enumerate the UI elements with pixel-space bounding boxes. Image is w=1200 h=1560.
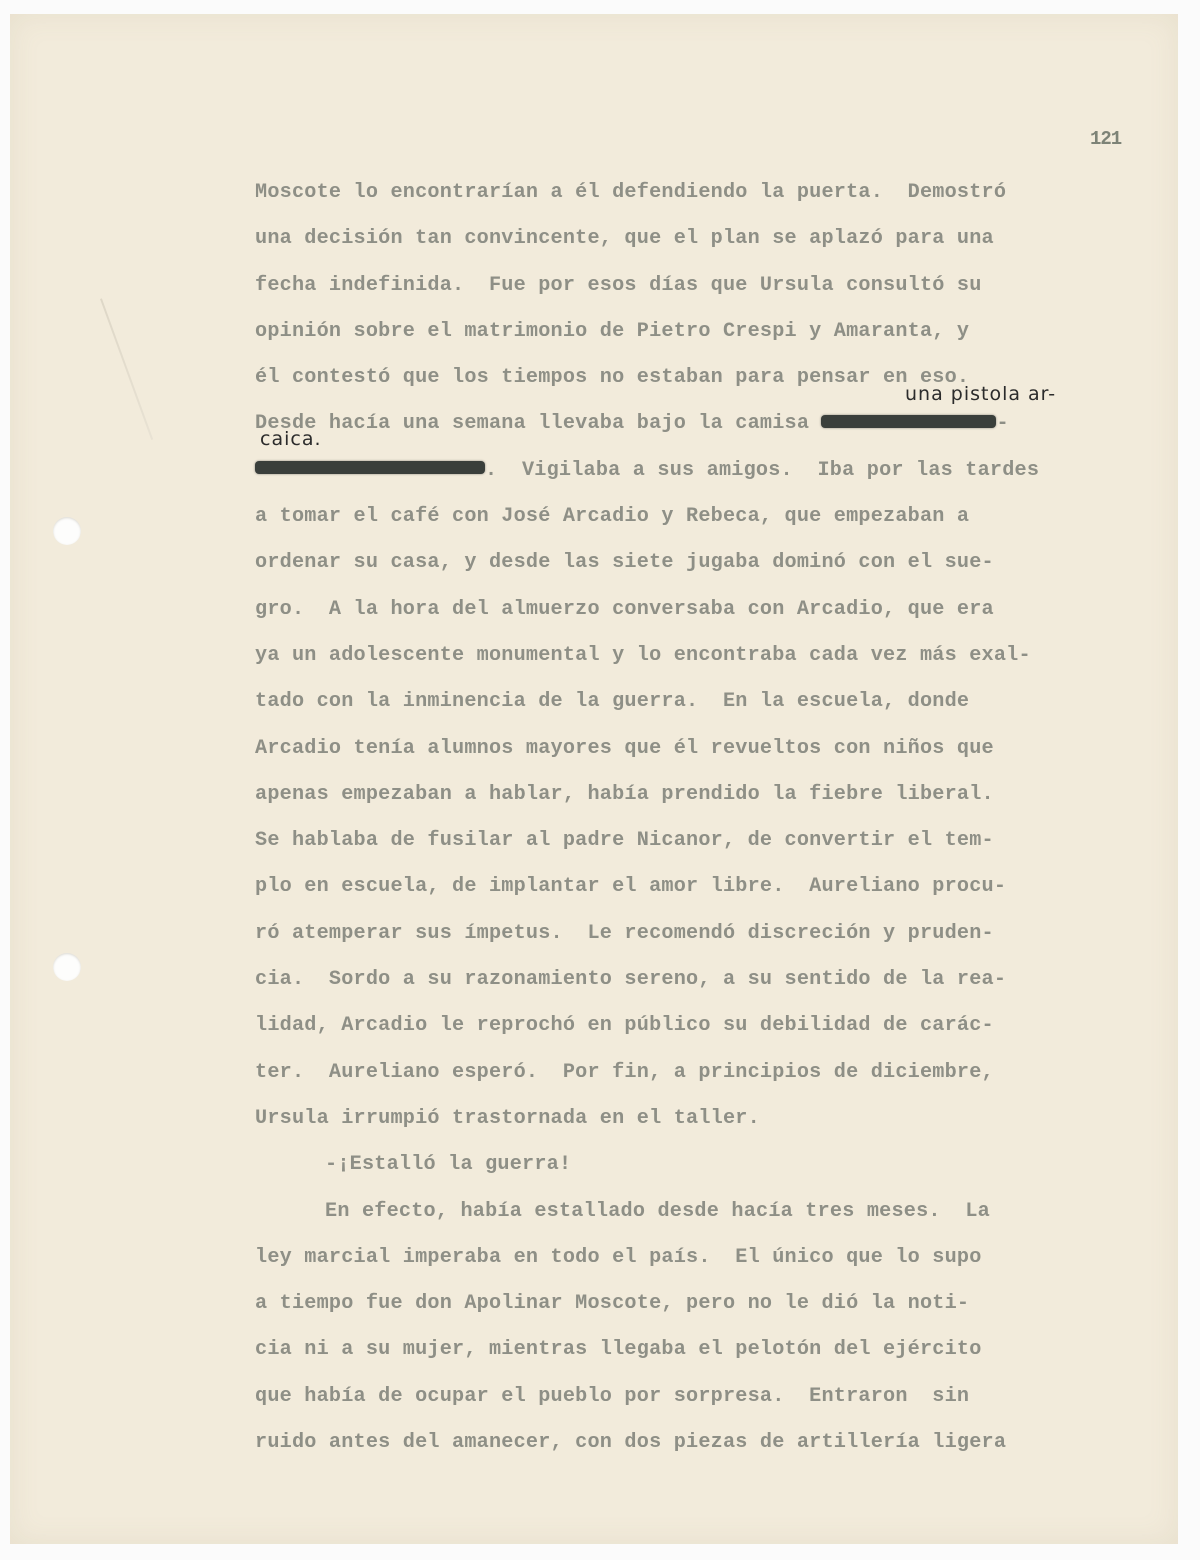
text-line: a tiempo fue don Apolinar Moscote, pero … [255, 1281, 1135, 1327]
strikeout-mark [821, 415, 996, 428]
text-line: lidad, Arcadio le reprochó en público su… [255, 1003, 1135, 1049]
text-segment: . Vigilaba a sus amigos. Iba por las tar… [485, 459, 1039, 482]
text-line: cia. Sordo a su razonamiento sereno, a s… [255, 957, 1135, 1003]
text-line: gro. A la hora del almuerzo conversaba c… [255, 587, 1135, 633]
text-line: que había de ocupar el pueblo por sorpre… [255, 1374, 1135, 1420]
punch-hole-bottom [53, 953, 81, 981]
text-line: Se hablaba de fusilar al padre Nicanor, … [255, 818, 1135, 864]
text-line: ya un adolescente monumental y lo encont… [255, 633, 1135, 679]
text-line: ter. Aureliano esperó. Por fin, a princi… [255, 1050, 1135, 1096]
text-line: opinión sobre el matrimonio de Pietro Cr… [255, 309, 1135, 355]
dialogue-line: -¡Estalló la guerra! [255, 1142, 1135, 1188]
paper-crease [100, 298, 153, 440]
text-line: tado con la inminencia de la guerra. En … [255, 679, 1135, 725]
punch-hole-top [53, 517, 81, 545]
text-line: fecha indefinida. Fue por esos días que … [255, 263, 1135, 309]
text-line: ruido antes del amanecer, con dos piezas… [255, 1420, 1135, 1466]
page-number: 121 [1090, 128, 1121, 150]
text-line-with-strikeout: Desde hacía una semana llevaba bajo la c… [255, 401, 1135, 447]
body-text: Moscote lo encontrarían a él defendiendo… [255, 170, 1135, 1466]
text-line: cia ni a su mujer, mientras llegaba el p… [255, 1327, 1135, 1373]
text-line: Ursula irrumpió trastornada en el taller… [255, 1096, 1135, 1142]
text-segment: - [996, 412, 1008, 435]
text-line: Moscote lo encontrarían a él defendiendo… [255, 170, 1135, 216]
text-line: a tomar el café con José Arcadio y Rebec… [255, 494, 1135, 540]
text-line: ró atemperar sus ímpetus. Le recomendó d… [255, 911, 1135, 957]
strikeout-mark [255, 461, 485, 474]
text-segment: Desde hacía una semana llevaba bajo la c… [255, 412, 809, 435]
text-line: una decisión tan convincente, que el pla… [255, 216, 1135, 262]
text-line: Arcadio tenía alumnos mayores que él rev… [255, 726, 1135, 772]
text-line: ley marcial imperaba en todo el país. El… [255, 1235, 1135, 1281]
text-line: ordenar su casa, y desde las siete jugab… [255, 540, 1135, 586]
text-line: plo en escuela, de implantar el amor lib… [255, 864, 1135, 910]
text-line: él contestó que los tiempos no estaban p… [255, 355, 1135, 401]
text-line: En efecto, había estallado desde hacía t… [255, 1189, 1135, 1235]
text-line-with-strikeout: . Vigilaba a sus amigos. Iba por las tar… [255, 448, 1135, 494]
text-line: apenas empezaban a hablar, había prendid… [255, 772, 1135, 818]
